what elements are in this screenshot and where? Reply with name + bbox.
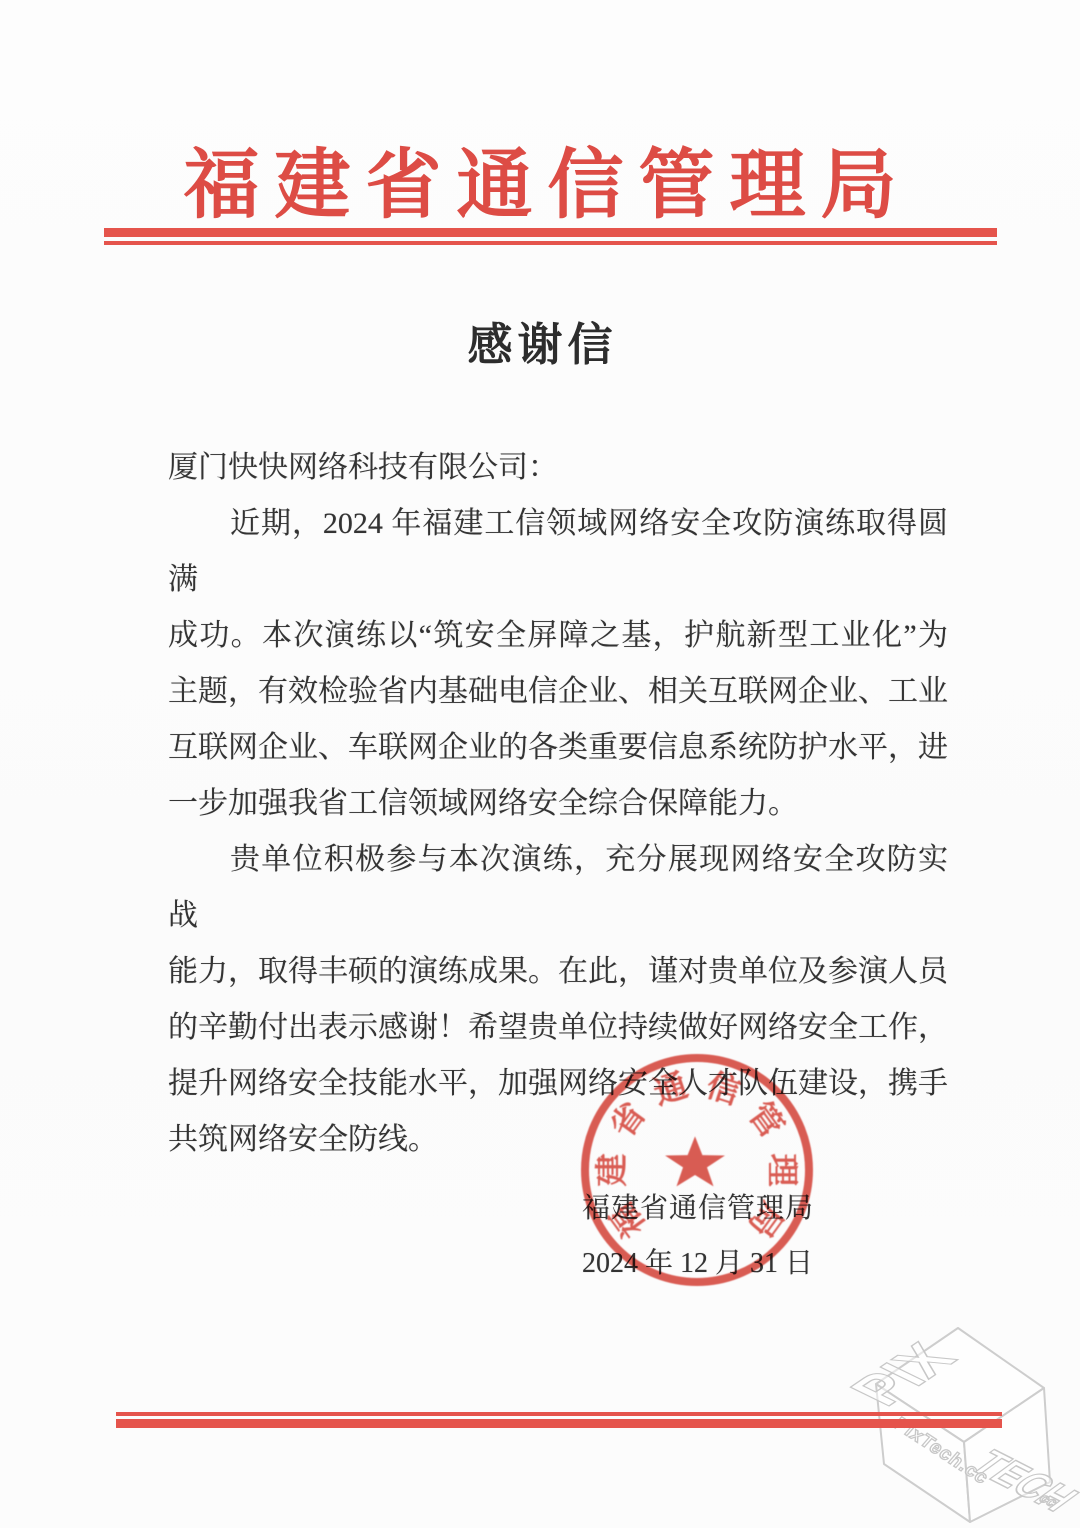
seal-star-icon xyxy=(665,1136,725,1186)
seal-ring-char: 理 xyxy=(763,1154,799,1187)
body-line: 的辛勤付出表示感谢！希望贵单位持续做好网络安全工作， xyxy=(168,1000,948,1056)
body-line: 厦门快快网络科技有限公司： xyxy=(168,440,948,496)
body-line: 成功。本次演练以“筑安全屏障之基，护航新型工业化”为 xyxy=(168,608,948,664)
footer-rule-thin xyxy=(116,1412,1002,1416)
body-line: 共筑网络安全防线。 xyxy=(168,1112,948,1168)
seal-ring-char: 信 xyxy=(702,1066,745,1112)
header-rule-thick xyxy=(104,228,997,237)
seal-ring-char: 建 xyxy=(594,1154,631,1187)
body-line: 一步加强我省工信领域网络安全综合保障能力。 xyxy=(168,776,948,832)
seal-ring-char: 局 xyxy=(741,1195,790,1243)
letter-body: 厦门快快网络科技有限公司：近期，2024 年福建工信领域网络安全攻防演练取得圆满… xyxy=(168,440,948,1168)
body-line: 互联网企业、车联网企业的各类重要信息系统防护水平，进 xyxy=(168,720,948,776)
header-rule-thin xyxy=(104,241,997,245)
official-seal: 福建省通信管理局 xyxy=(575,1048,819,1292)
body-line: 主题，有效检验省内基础电信企业、相关互联网企业、工业 xyxy=(168,664,948,720)
letter-page: 福建省通信管理局 感谢信 厦门快快网络科技有限公司：近期，2024 年福建工信领… xyxy=(0,0,1080,1528)
body-line: 近期，2024 年福建工信领域网络安全攻防演练取得圆满 xyxy=(168,496,948,608)
footer-rule-thick xyxy=(116,1419,1002,1428)
document-title: 感谢信 xyxy=(0,308,1080,373)
body-line: 贵单位积极参与本次演练，充分展现网络安全攻防实战 xyxy=(168,832,948,944)
letterhead-title: 福建省通信管理局 xyxy=(0,124,1080,233)
seal-ring-char: 通 xyxy=(649,1067,692,1112)
body-line: 提升网络安全技能水平，加强网络安全人才队伍建设，携手 xyxy=(168,1056,948,1112)
body-line: 能力，取得丰硕的演练成果。在此，谨对贵单位及参演人员 xyxy=(168,944,948,1000)
